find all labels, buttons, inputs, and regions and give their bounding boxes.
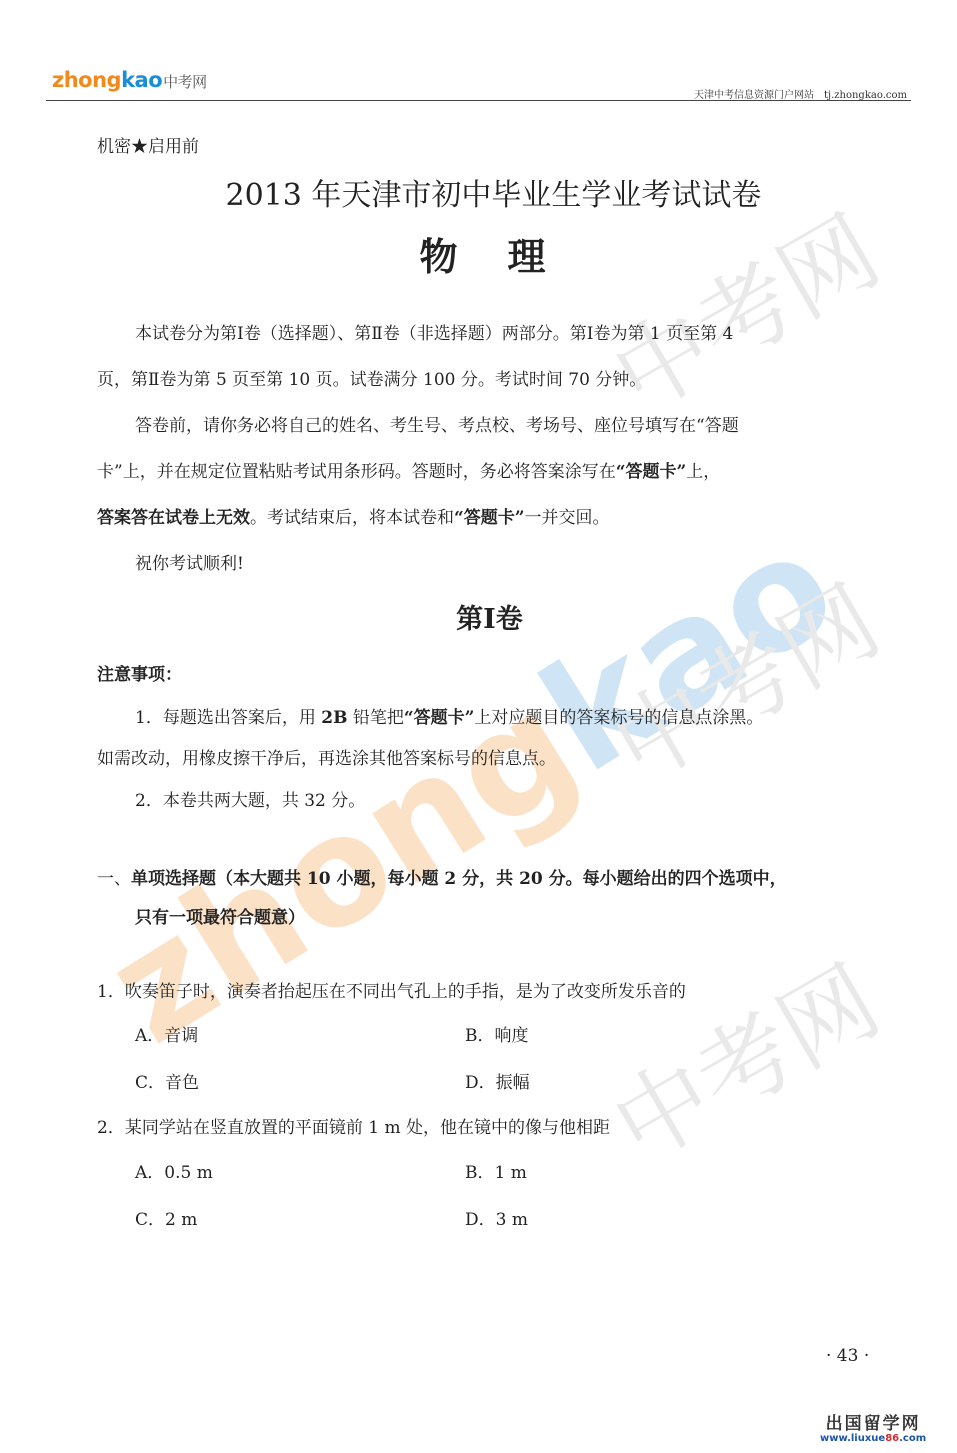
section-1-heading: 一、单项选择题（本大题共 10 小题，每小题 2 分，共 20 分。每小题给出的… <box>97 864 787 889</box>
answer-card-bold: “答题卡” <box>616 462 687 482</box>
site-info: 天津中考信息资源门户网站tj.zhongkao.com <box>694 86 907 101</box>
logo-zhong: zhong <box>52 68 121 92</box>
footer-url-c: .com <box>899 1433 926 1444</box>
question-1-option-a[interactable]: A．音调 <box>135 1021 198 1046</box>
footer-url-a: www.liuxue <box>820 1433 885 1444</box>
notice-item-1: 1．每题选出答案后，用 2B 铅笔把“答题卡”上对应题目的答案标号的信息点涂黑。 <box>135 703 763 728</box>
section-1-number: 一、 <box>97 869 131 889</box>
header-divider <box>46 100 911 101</box>
footer-brand: 出国留学网 <box>820 1415 926 1433</box>
instructions-line-3b: 。考试结束后，将本试卷和 <box>250 508 454 528</box>
logo-kao: kao <box>121 68 162 92</box>
logo-cn: 中考网 <box>163 73 207 91</box>
notice-item-1-line2: 如需改动，用橡皮擦干净后，再选涂其他答案标号的信息点。 <box>97 744 556 769</box>
instructions-line-1: 答卷前，请你务必将自己的姓名、考生号、考点校、考场号、座位号填写在“答题 <box>135 416 739 436</box>
subject-title: 物理 <box>0 226 957 281</box>
instructions-line-2a: 卡”上，并在规定位置粘贴考试用条形码。答题时，务必将答案涂写在 <box>97 462 616 482</box>
notice-item-2: 2．本卷共两大题，共 32 分。 <box>135 786 365 811</box>
question-2-stem: 2．某同学站在竖直放置的平面镜前 1 m 处，他在镜中的像与他相距 <box>97 1113 610 1138</box>
invalid-answer-bold: 答案答在试卷上无效 <box>97 508 250 528</box>
section-1-heading-line2: 只有一项最符合题意） <box>135 903 305 928</box>
question-2-option-a[interactable]: A．0.5 m <box>135 1158 213 1183</box>
intro-paragraph: 本试卷分为第Ⅰ卷（选择题）、第Ⅱ卷（非选择题）两部分。第Ⅰ卷为第 1 页至第 4… <box>97 311 887 587</box>
footer-url: www.liuxue86.com <box>820 1433 926 1445</box>
notice-1e: 上对应题目的答案标号的信息点涂黑。 <box>474 708 763 728</box>
watermark-cn-3: 中考网 <box>585 928 900 1188</box>
good-luck-text: 祝你考试顺利! <box>135 554 244 574</box>
zhongkao-logo[interactable]: zhongkao中考网 <box>52 68 207 92</box>
question-1-option-b[interactable]: B．响度 <box>465 1021 529 1046</box>
footer-url-b: 86 <box>885 1433 899 1444</box>
instructions-line-3d: 一并交回。 <box>525 508 610 528</box>
notice-1a: 1．每题选出答案后，用 <box>135 708 321 728</box>
notice-1c: 铅笔把 <box>347 708 403 728</box>
exam-title: 2013 年天津市初中毕业生学业考试试卷 <box>0 170 957 214</box>
question-1-option-c[interactable]: C．音色 <box>135 1068 199 1093</box>
page-number: · 43 · <box>826 1346 869 1366</box>
secret-mark: 机密★启用前 <box>97 132 199 157</box>
pencil-2b: 2B <box>321 708 347 728</box>
section-1-title: 单项选择题（本大题共 10 小题，每小题 2 分，共 20 分。每小题给出的四个… <box>131 869 787 889</box>
intro-line-1: 本试卷分为第Ⅰ卷（选择题）、第Ⅱ卷（非选择题）两部分。第Ⅰ卷为第 1 页至第 4 <box>135 324 733 344</box>
answer-card-bold-3: “答题卡” <box>404 708 475 728</box>
volume-title: 第Ⅰ卷 <box>0 597 957 636</box>
question-1-option-d[interactable]: D．振幅 <box>465 1068 530 1093</box>
liuxue86-logo[interactable]: 出国留学网 www.liuxue86.com <box>820 1415 926 1445</box>
question-2-option-b[interactable]: B．1 m <box>465 1158 527 1183</box>
question-2-option-c[interactable]: C．2 m <box>135 1205 197 1230</box>
notice-heading: 注意事项： <box>97 660 182 685</box>
question-1-stem: 1．吹奏笛子时，演奏者抬起压在不同出气孔上的手指，是为了改变所发乐音的 <box>97 977 686 1002</box>
answer-card-bold-2: “答题卡” <box>454 508 525 528</box>
instructions-line-2c: 上， <box>686 462 720 482</box>
question-2-option-d[interactable]: D．3 m <box>465 1205 528 1230</box>
intro-line-2: 页，第Ⅱ卷为第 5 页至第 10 页。试卷满分 100 分。考试时间 70 分钟… <box>97 357 887 403</box>
